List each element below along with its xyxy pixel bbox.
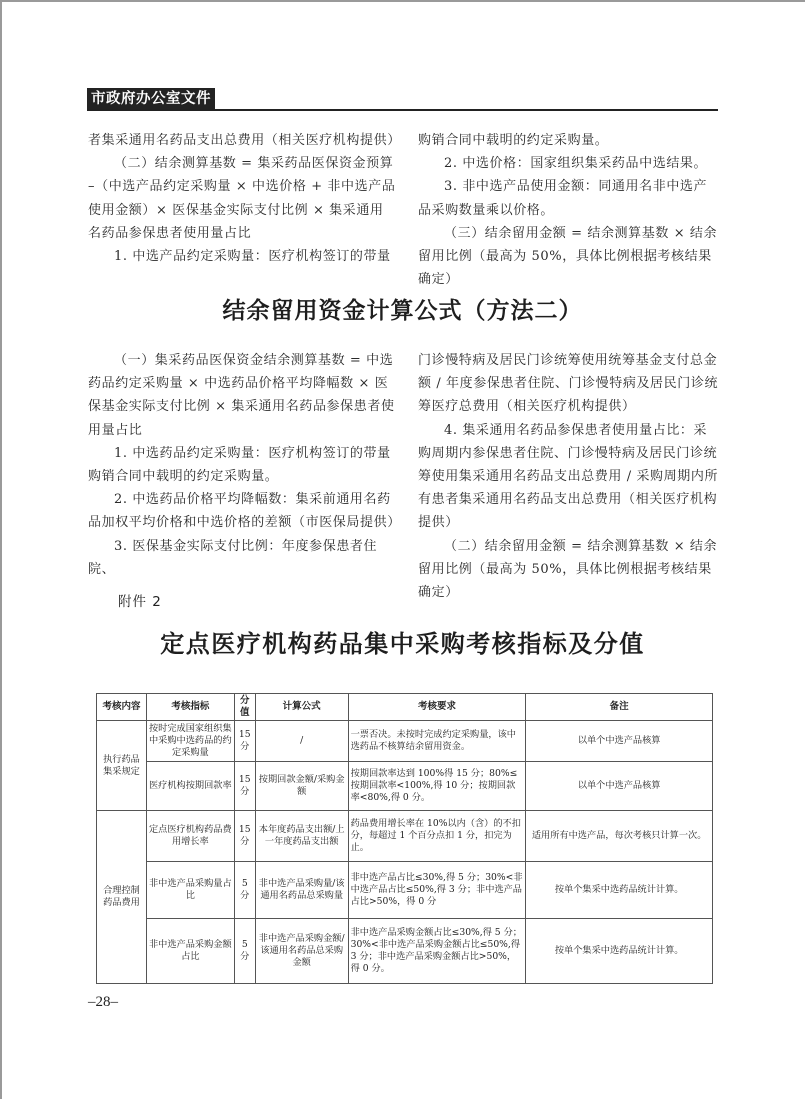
table-row: 医疗机构按期回款率 15 分 按期回款金额/采购金额 按期回款率达到 100%得… [97,762,713,811]
score-cell: 5 分 [234,862,255,919]
header-rule [87,109,718,111]
note-cell: 以单个中选产品核算 [526,721,713,762]
score-cell: 15 分 [234,811,255,862]
score-cell: 15 分 [234,721,255,762]
assessment-table: 考核内容 考核指标 分值 计算公式 考核要求 备注 执行药品集采规定 按时完成国… [96,693,713,984]
running-header: 市政府办公室文件 [87,88,718,112]
page-number: –28– [88,994,118,1011]
table-row: 非中选产品采购金额占比 5 分 非中选产品采购金额/该通用名药品总采购金额 非中… [97,919,713,984]
table-row: 合理控制药品费用 定点医疗机构药品费用增长率 15 分 本年度药品支出额/上一年… [97,811,713,862]
note-cell: 适用所有中选产品，每次考核只计算一次。 [526,811,713,862]
paragraph: 3. 非中选产品使用金额：同通用名非中选产品采购数量乘以价格。 [418,175,720,221]
table-row: 执行药品集采规定 按时完成国家组织集中采购中选药品的约定采购量 15 分 / 一… [97,721,713,762]
formula-cell: 按期回款金额/采购金额 [255,762,348,811]
indicator-cell: 非中选产品采购金额占比 [146,919,234,984]
paragraph: （二）结余留用金额 = 结余测算基数 × 结余留用比例（最高为 50%，具体比例… [418,535,720,605]
paragraph: 门诊慢特病及居民门诊统筹使用统筹基金支付总金额 / 年度参保患者住院、门诊慢特病… [418,349,720,419]
paragraph: （一）集采药品医保资金结余测算基数 = 中选药品约定采购量 × 中选药品价格平均… [88,349,396,442]
method1-left-column: 者集采通用名药品支出总费用（相关医疗机构提供） （二）结余测算基数 = 集采药品… [88,129,396,268]
score-cell: 5 分 [234,919,255,984]
formula-cell: / [255,721,348,762]
method2-left-column: （一）集采药品医保资金结余测算基数 = 中选药品约定采购量 × 中选药品价格平均… [88,349,396,581]
column-header: 计算公式 [255,694,348,721]
score-cell: 15 分 [234,762,255,811]
indicator-cell: 按时完成国家组织集中采购中选药品的约定采购量 [146,721,234,762]
method2-right-column: 门诊慢特病及居民门诊统筹使用统筹基金支付总金额 / 年度参保患者住院、门诊慢特病… [418,349,720,604]
paragraph: （三）结余留用金额 = 结余测算基数 × 结余留用比例（最高为 50%，具体比例… [418,222,720,292]
requirement-cell: 非中选产品采购金额占比≤30%,得 5 分；30%<非中选产品采购金额占比≤50… [348,919,526,984]
note-cell: 以单个中选产品核算 [526,762,713,811]
formula-cell: 非中选产品采购金额/该通用名药品总采购金额 [255,919,348,984]
paragraph: 1. 中选药品约定采购量：医疗机构签订的带量购销合同中载明的约定采购量。 [88,442,396,488]
paragraph: 1. 中选产品约定采购量：医疗机构签订的带量 [88,245,396,268]
paragraph: 2. 中选药品价格平均降幅数：集采前通用名药品加权平均价格和中选价格的差额（市医… [88,488,396,534]
requirement-cell: 一票否决。未按时完成约定采购量，该中选药品不核算结余留用资金。 [348,721,526,762]
attachment-title: 定点医疗机构药品集中采购考核指标及分值 [0,624,805,659]
note-cell: 按单个集采中选药品统计计算。 [526,862,713,919]
requirement-cell: 药品费用增长率在 10%以内（含）的不扣分，每超过 1 个百分点扣 1 分，扣完… [348,811,526,862]
table-header-row: 考核内容 考核指标 分值 计算公式 考核要求 备注 [97,694,713,721]
paragraph: 者集采通用名药品支出总费用（相关医疗机构提供） [88,129,396,152]
indicator-cell: 定点医疗机构药品费用增长率 [146,811,234,862]
category-cell: 合理控制药品费用 [97,811,147,984]
paragraph: （二）结余测算基数 = 集采药品医保资金预算 –（中选产品约定采购量 × 中选价… [88,152,396,245]
requirement-cell: 按期回款率达到 100%得 15 分；80%≤按期回款率<100%,得 10 分… [348,762,526,811]
column-header: 考核内容 [97,694,147,721]
column-header: 考核指标 [146,694,234,721]
header-label: 市政府办公室文件 [87,88,215,110]
paragraph: 购销合同中载明的约定采购量。 [418,129,720,152]
column-header: 考核要求 [348,694,526,721]
method2-title: 结余留用资金计算公式（方法二） [0,292,805,325]
column-header: 备注 [526,694,713,721]
paragraph: 3. 医保基金实际支付比例：年度参保患者住院、 [88,535,396,581]
requirement-cell: 非中选产品占比≤30%,得 5 分；30%<非中选产品占比≤50%,得 3 分；… [348,862,526,919]
indicator-cell: 非中选产品采购量占比 [146,862,234,919]
note-cell: 按单个集采中选药品统计计算。 [526,919,713,984]
table-row: 非中选产品采购量占比 5 分 非中选产品采购量/该通用名药品总采购量 非中选产品… [97,862,713,919]
formula-cell: 本年度药品支出额/上一年度药品支出额 [255,811,348,862]
method1-right-column: 购销合同中载明的约定采购量。 2. 中选价格：国家组织集采药品中选结果。 3. … [418,129,720,291]
column-header: 分值 [234,694,255,721]
category-cell: 执行药品集采规定 [97,721,147,811]
indicator-cell: 医疗机构按期回款率 [146,762,234,811]
paragraph: 4. 集采通用名药品参保患者使用量占比：采购周期内参保患者住院、门诊慢特病及居民… [418,419,720,535]
formula-cell: 非中选产品采购量/该通用名药品总采购量 [255,862,348,919]
attachment-label: 附件 2 [118,590,162,610]
paragraph: 2. 中选价格：国家组织集采药品中选结果。 [418,152,720,175]
